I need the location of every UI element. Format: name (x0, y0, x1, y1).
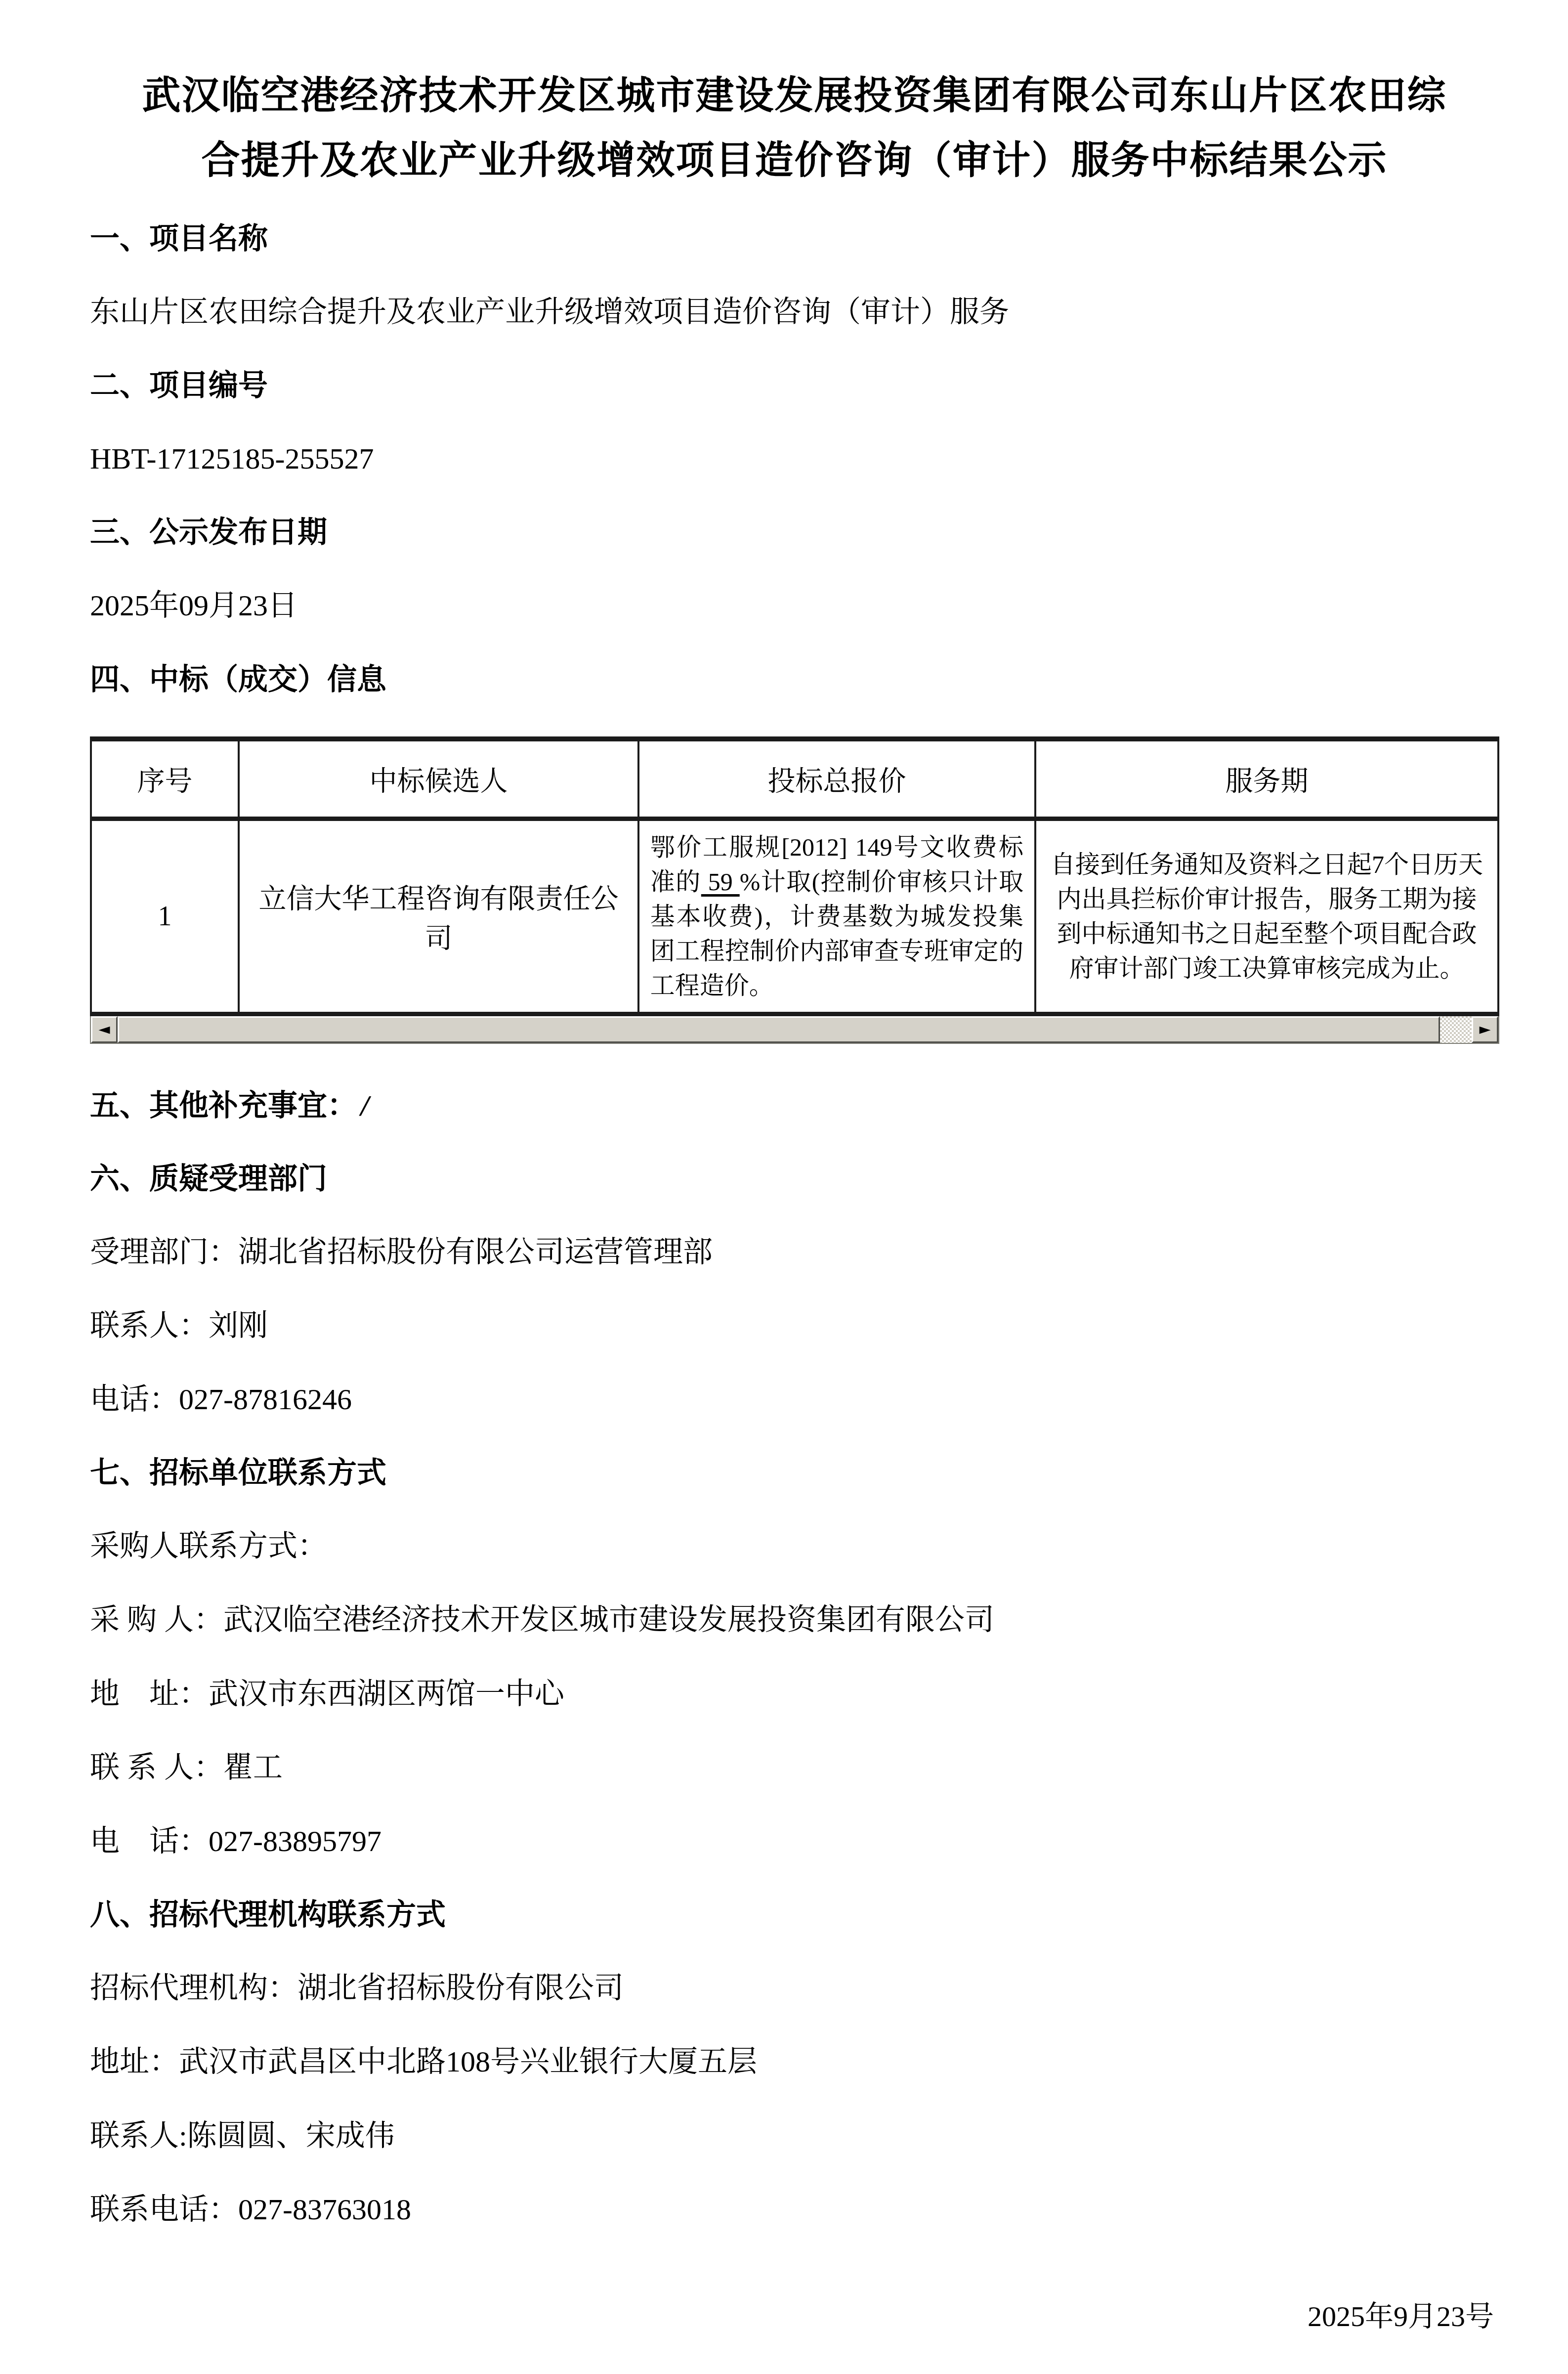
section-5-value: / (357, 1089, 369, 1122)
agency-phone-line: 联系电话：027-83763018 (90, 2193, 1499, 2226)
project-number-text: HBT-17125185-255527 (90, 442, 1499, 475)
column-header-bid-price: 投标总报价 (638, 739, 1035, 819)
project-name-text: 东山片区农田综合提升及农业产业升级增效项目造价咨询（审计）服务 (90, 296, 1499, 329)
horizontal-scrollbar[interactable]: ◄ ► (90, 1016, 1499, 1044)
scroll-left-arrow-icon: ◄ (98, 1021, 110, 1038)
scrollbar-track[interactable] (1440, 1016, 1472, 1043)
publish-date-text: 2025年09月23日 (90, 589, 1499, 622)
section-5-heading: 五、其他补充事宜：/ (90, 1089, 1499, 1122)
cell-candidate: 立信大华工程咨询有限责任公司 (239, 819, 638, 1014)
section-7-heading: 七、招标单位联系方式 (90, 1457, 1499, 1489)
purchaser-address-line: 地 址：武汉市东西湖区两馆一中心 (90, 1678, 1499, 1711)
inquiry-phone-line: 电话：027-87816246 (90, 1383, 1499, 1416)
award-table-block: 序号 中标候选人 投标总报价 服务期 1 立信大华工程咨询有限责任公司 鄂价工服… (90, 736, 1499, 1044)
purchaser-contact-person-line: 联 系 人：瞿工 (90, 1751, 1499, 1784)
scroll-right-button[interactable]: ► (1472, 1016, 1498, 1043)
scroll-left-button[interactable]: ◄ (91, 1016, 118, 1043)
section-2-heading: 二、项目编号 (90, 369, 1499, 402)
scrollbar-thumb[interactable] (118, 1016, 1440, 1043)
award-table-row: 1 立信大华工程咨询有限责任公司 鄂价工服规[2012] 149号文收费标准的 … (91, 819, 1498, 1014)
bid-price-underlined-rate: 59 (701, 868, 740, 896)
purchaser-name-line: 采 购 人：武汉临空港经济技术开发区城市建设发展投资集团有限公司 (90, 1603, 1499, 1637)
document-title-line-1: 武汉临空港经济技术开发区城市建设发展投资集团有限公司东山片区农田综 (90, 63, 1499, 128)
cell-service-period: 自接到任务通知及资料之日起7个日历天内出具拦标价审计报告，服务工期为接到中标通知… (1035, 819, 1498, 1014)
section-3-heading: 三、公示发布日期 (90, 516, 1499, 549)
acceptance-department-line: 受理部门：湖北省招标股份有限公司运营管理部 (90, 1236, 1499, 1269)
column-header-service-period: 服务期 (1035, 739, 1498, 819)
cell-bid-price: 鄂价工服规[2012] 149号文收费标准的 59 %计取(控制价审核只计取基本… (638, 819, 1035, 1014)
column-header-candidate: 中标候选人 (239, 739, 638, 819)
purchaser-contact-intro-line: 采购人联系方式： (90, 1530, 1499, 1563)
document-title-line-2: 合提升及农业产业升级增效项目造价咨询（审计）服务中标结果公示 (90, 128, 1499, 193)
footer-date: 2025年9月23号 (90, 2293, 1499, 2334)
cell-seq-no: 1 (91, 819, 239, 1014)
agency-contact-person-line: 联系人:陈圆圆、宋成伟 (90, 2119, 1499, 2153)
award-table-header-row: 序号 中标候选人 投标总报价 服务期 (91, 739, 1498, 819)
column-header-seq-no: 序号 (91, 739, 239, 819)
section-8-heading: 八、招标代理机构联系方式 (90, 1899, 1499, 1931)
document-page: 武汉临空港经济技术开发区城市建设发展投资集团有限公司东山片区农田综 合提升及农业… (0, 0, 1568, 2374)
purchaser-phone-line: 电 话：027-83895797 (90, 1825, 1499, 1858)
section-4-heading: 四、中标（成交）信息 (90, 663, 1499, 696)
agency-name-line: 招标代理机构：湖北省招标股份有限公司 (90, 1972, 1499, 2005)
section-1-heading: 一、项目名称 (90, 222, 1499, 255)
inquiry-contact-person-line: 联系人：刘刚 (90, 1309, 1499, 1342)
document-title: 武汉临空港经济技术开发区城市建设发展投资集团有限公司东山片区农田综 合提升及农业… (90, 63, 1499, 193)
scroll-right-arrow-icon: ► (1479, 1021, 1490, 1038)
award-table: 序号 中标候选人 投标总报价 服务期 1 立信大华工程咨询有限责任公司 鄂价工服… (90, 736, 1499, 1016)
section-5-label: 五、其他补充事宜： (90, 1089, 357, 1122)
section-6-heading: 六、质疑受理部门 (90, 1163, 1499, 1195)
agency-address-line: 地址：武汉市武昌区中北路108号兴业银行大厦五层 (90, 2045, 1499, 2078)
